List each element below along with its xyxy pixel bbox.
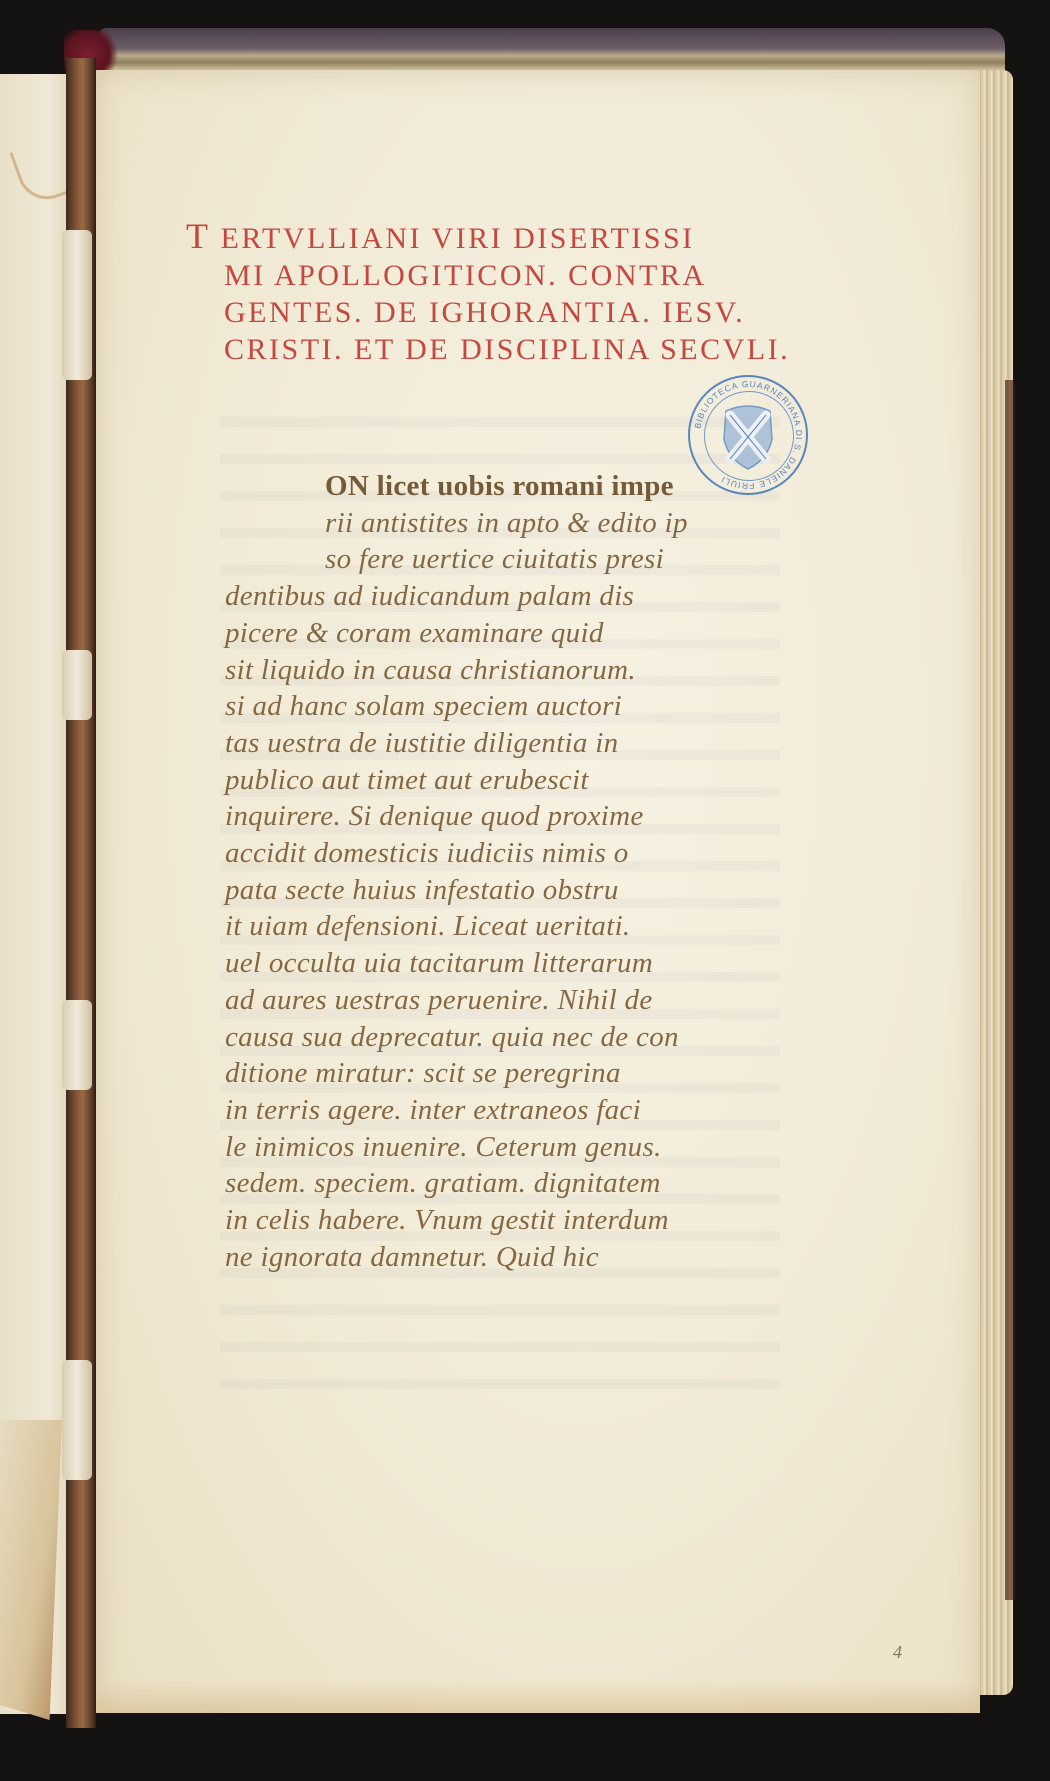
lower-margin-stain <box>96 1680 980 1713</box>
rubric-line-2: MI APOLLOGITICON. CONTRA <box>186 257 766 294</box>
text-line: inquirere. Si denique quod proxime <box>225 798 745 835</box>
text-line: accidit domesticis iudiciis nimis o <box>225 835 745 872</box>
text-line: in celis habere. Vnum gestit interdum <box>225 1202 745 1239</box>
rubric-line-3: GENTES. DE IGHORANTIA. IESV. <box>186 294 766 331</box>
text-line: it uiam defensioni. Liceat ueritati. <box>225 908 745 945</box>
text-line: so fere uertice ciuitatis presi <box>225 541 745 578</box>
text-line: dentibus ad iudicandum palam dis <box>225 578 745 615</box>
text-line: si ad hanc solam speciem auctori <box>225 688 745 725</box>
sewing-tape <box>62 1000 92 1090</box>
folio-number: 4 <box>893 1642 902 1663</box>
rubric-initial: T <box>186 216 211 256</box>
cover-edge <box>1005 380 1015 1600</box>
water-stain <box>9 138 69 207</box>
sewing-tape <box>62 650 92 720</box>
sewing-tape <box>62 230 92 380</box>
text-line: sedem. speciem. gratiam. dignitatem <box>225 1165 745 1202</box>
sewing-tape <box>62 1360 92 1480</box>
text-line: ne ignorata damnetur. Quid hic <box>225 1239 745 1276</box>
text-line: causa sua deprecatur. quia nec de con <box>225 1019 745 1056</box>
rubric-line-4: CRISTI. ET DE DISCIPLINA SECVLI. <box>186 331 766 368</box>
manuscript-body-text: ON licet uobis romani impe rii antistite… <box>225 468 745 1275</box>
text-block-top-edge <box>100 28 1005 74</box>
text-line: sit liquido in causa christianorum. <box>225 652 745 689</box>
rubric-line-1: TERTVLLIANI VIRI DISERTISSI <box>186 218 766 257</box>
text-line: ON licet uobis romani impe <box>225 468 745 505</box>
text-line: ad aures uestras peruenire. Nihil de <box>225 982 745 1019</box>
text-line: le inimicos inuenire. Ceterum genus. <box>225 1129 745 1166</box>
text-line: picere & coram examinare quid <box>225 615 745 652</box>
text-line: pata secte huius infestatio obstru <box>225 872 745 909</box>
text-line: publico aut timet aut erubescit <box>225 762 745 799</box>
text-line: tas uestra de iustitie diligentia in <box>225 725 745 762</box>
text-line: ditione miratur: scit se peregrina <box>225 1055 745 1092</box>
text-line: uel occulta uia tacitarum litterarum <box>225 945 745 982</box>
text-line: in terris agere. inter extraneos faci <box>225 1092 745 1129</box>
text-line: rii antistites in apto & edito ip <box>225 505 745 542</box>
rubric-title: TERTVLLIANI VIRI DISERTISSI MI APOLLOGIT… <box>186 218 766 368</box>
